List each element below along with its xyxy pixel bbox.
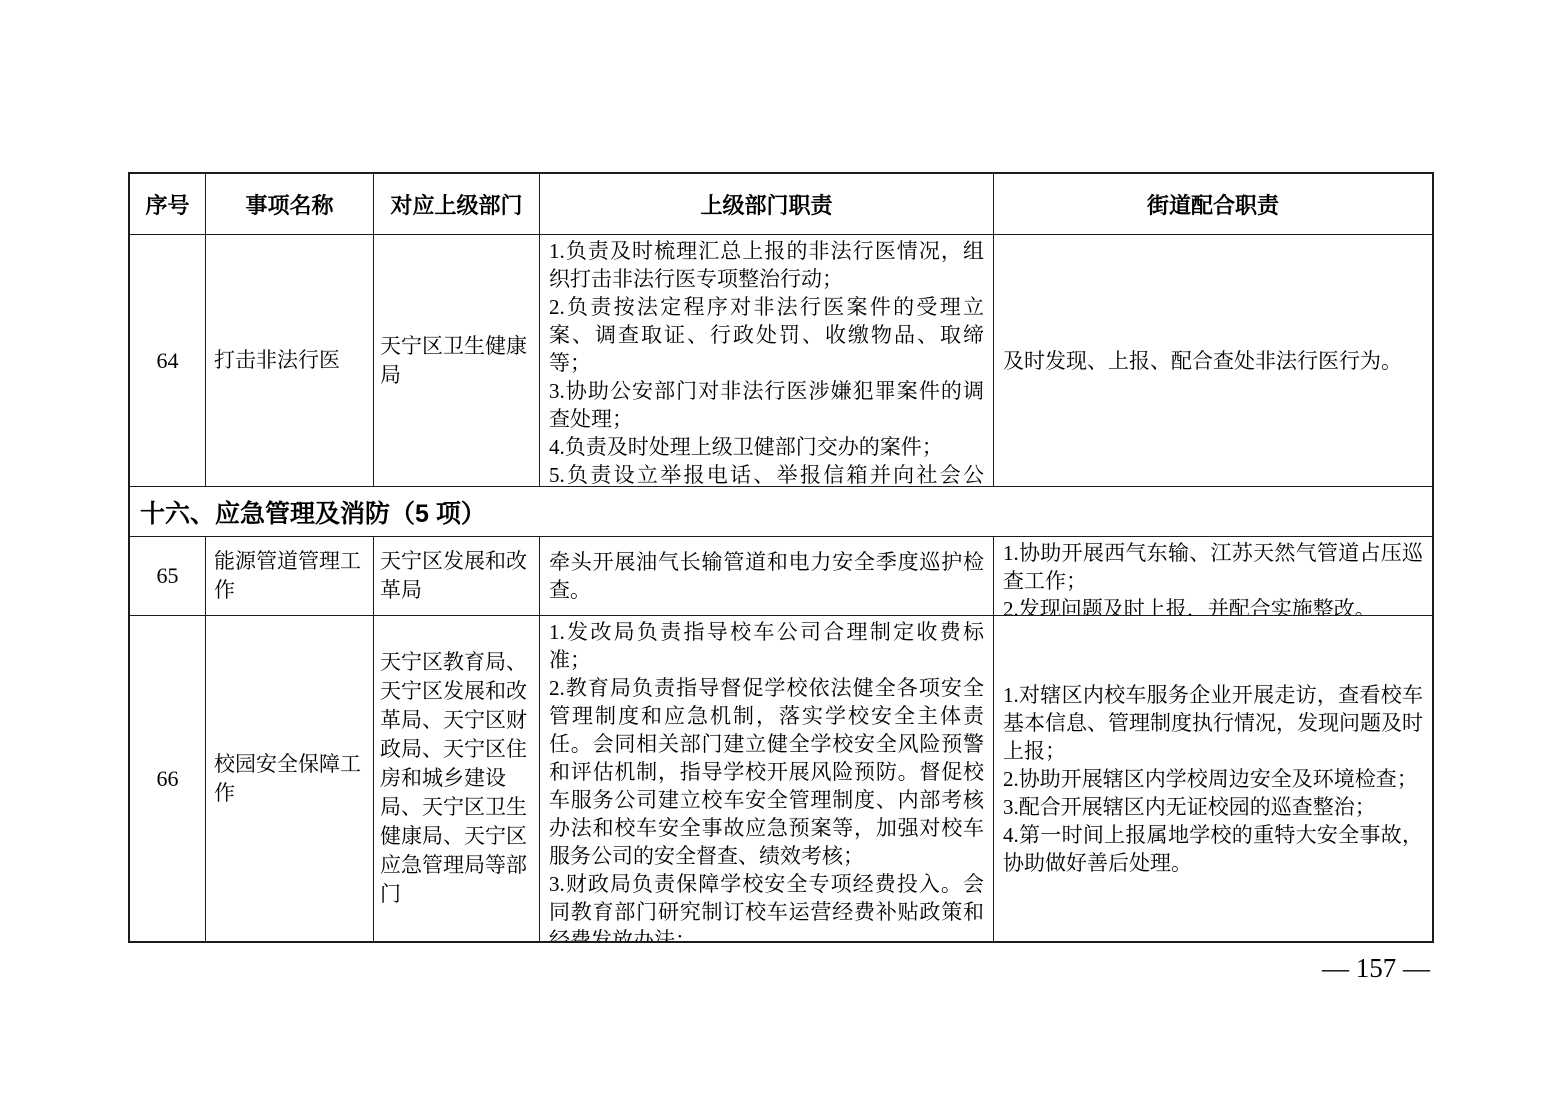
row66-item-name: 校园安全保障工作 [206,616,374,941]
col-header-superior-duties: 上级部门职责 [540,174,994,234]
row66-street-duties: 1.对辖区内校车服务企业开展走访，查看校车基本信息、管理制度执行情况，发现问题及… [994,616,1432,941]
duty-paragraph: 2.教育局负责指导督促学校依法健全各项安全管理制度和应急机制，落实学校安全主体责… [549,674,984,870]
table-row-65: 65 能源管道管理工作 天宁区发展和改革局 牵头开展油气长输管道和电力安全季度巡… [130,537,1432,616]
row64-serial: 64 [130,235,206,486]
duty-paragraph: 1.发改局负责指导校车公司合理制定收费标准； [549,618,984,674]
duty-paragraph: 1.对辖区内校车服务企业开展走访，查看校车基本信息、管理制度执行情况，发现问题及… [1003,681,1423,765]
row66-item-name-text: 校园安全保障工作 [214,750,365,808]
duty-paragraph: 3.协助公安部门对非法行医涉嫌犯罪案件的调查处理； [549,377,984,433]
row65-department-text: 天宁区发展和改革局 [380,547,533,605]
duty-paragraph: 5.负责设立举报电话、举报信箱并向社会公布，及时查处举报事项和反馈信息。 [549,461,984,486]
duty-paragraph: 及时发现、上报、配合查处非法行医行为。 [1003,347,1423,375]
row64-item-name-text: 打击非法行医 [214,346,340,375]
duty-paragraph: 4.负责及时处理上级卫健部门交办的案件； [549,433,984,461]
duty-paragraph: 1.协助开展西气东输、江苏天然气管道占压巡查工作； [1003,539,1423,595]
col-header-superior-department: 对应上级部门 [374,174,540,234]
section-header-row: 十六、应急管理及消防（5 项） [130,487,1432,537]
row66-department: 天宁区教育局、天宁区发展和改革局、天宁区财政局、天宁区住房和城乡建设局、天宁区卫… [374,616,540,941]
section-title: 十六、应急管理及消防（5 项） [140,494,486,530]
document-page: 序号 事项名称 对应上级部门 上级部门职责 街道配合职责 64 打击非法行医 天… [0,0,1559,1102]
duty-paragraph: 2.发现问题及时上报，并配合实施整改。 [1003,595,1423,615]
row66-superior-duties: 1.发改局负责指导校车公司合理制定收费标准； 2.教育局负责指导督促学校依法健全… [540,616,994,941]
row65-item-name-text: 能源管道管理工作 [214,547,365,605]
row65-superior-duties: 牵头开展油气长输管道和电力安全季度巡护检查。 [540,537,994,615]
row64-street-duties: 及时发现、上报、配合查处非法行医行为。 [994,235,1432,486]
row64-superior-duties: 1.负责及时梳理汇总上报的非法行医情况，组织打击非法行医专项整治行动； 2.负责… [540,235,994,486]
duty-paragraph: 牵头开展油气长输管道和电力安全季度巡护检查。 [549,548,984,604]
duty-paragraph: 3.财政局负责保障学校安全专项经费投入。会同教育部门研究制订校车运营经费补贴政策… [549,870,984,941]
row65-department: 天宁区发展和改革局 [374,537,540,615]
duty-paragraph: 4.第一时间上报属地学校的重特大安全事故，协助做好善后处理。 [1003,821,1423,877]
row65-street-duties: 1.协助开展西气东输、江苏天然气管道占压巡查工作； 2.发现问题及时上报，并配合… [994,537,1432,615]
row66-serial: 66 [130,616,206,941]
duty-paragraph: 2.协助开展辖区内学校周边安全及环境检查； [1003,765,1423,793]
col-header-item-name: 事项名称 [206,174,374,234]
row66-department-text: 天宁区教育局、天宁区发展和改革局、天宁区财政局、天宁区住房和城乡建设局、天宁区卫… [380,648,533,909]
col-header-serial: 序号 [130,174,206,234]
row64-item-name: 打击非法行医 [206,235,374,486]
col-header-street-duties: 街道配合职责 [994,174,1432,234]
table-row-64: 64 打击非法行医 天宁区卫生健康局 1.负责及时梳理汇总上报的非法行医情况，组… [130,235,1432,487]
duty-paragraph: 2.负责按法定程序对非法行医案件的受理立案、调查取证、行政处罚、收缴物品、取缔等… [549,293,984,377]
row65-item-name: 能源管道管理工作 [206,537,374,615]
duties-table: 序号 事项名称 对应上级部门 上级部门职责 街道配合职责 64 打击非法行医 天… [128,172,1434,943]
page-number: — 157 — [1322,953,1430,984]
table-row-66: 66 校园安全保障工作 天宁区教育局、天宁区发展和改革局、天宁区财政局、天宁区住… [130,616,1432,941]
duty-paragraph: 1.负责及时梳理汇总上报的非法行医情况，组织打击非法行医专项整治行动； [549,237,984,293]
row64-department-text: 天宁区卫生健康局 [380,332,533,390]
row64-department: 天宁区卫生健康局 [374,235,540,486]
row65-serial: 65 [130,537,206,615]
duty-paragraph: 3.配合开展辖区内无证校园的巡查整治； [1003,793,1423,821]
table-header-row: 序号 事项名称 对应上级部门 上级部门职责 街道配合职责 [130,174,1432,235]
